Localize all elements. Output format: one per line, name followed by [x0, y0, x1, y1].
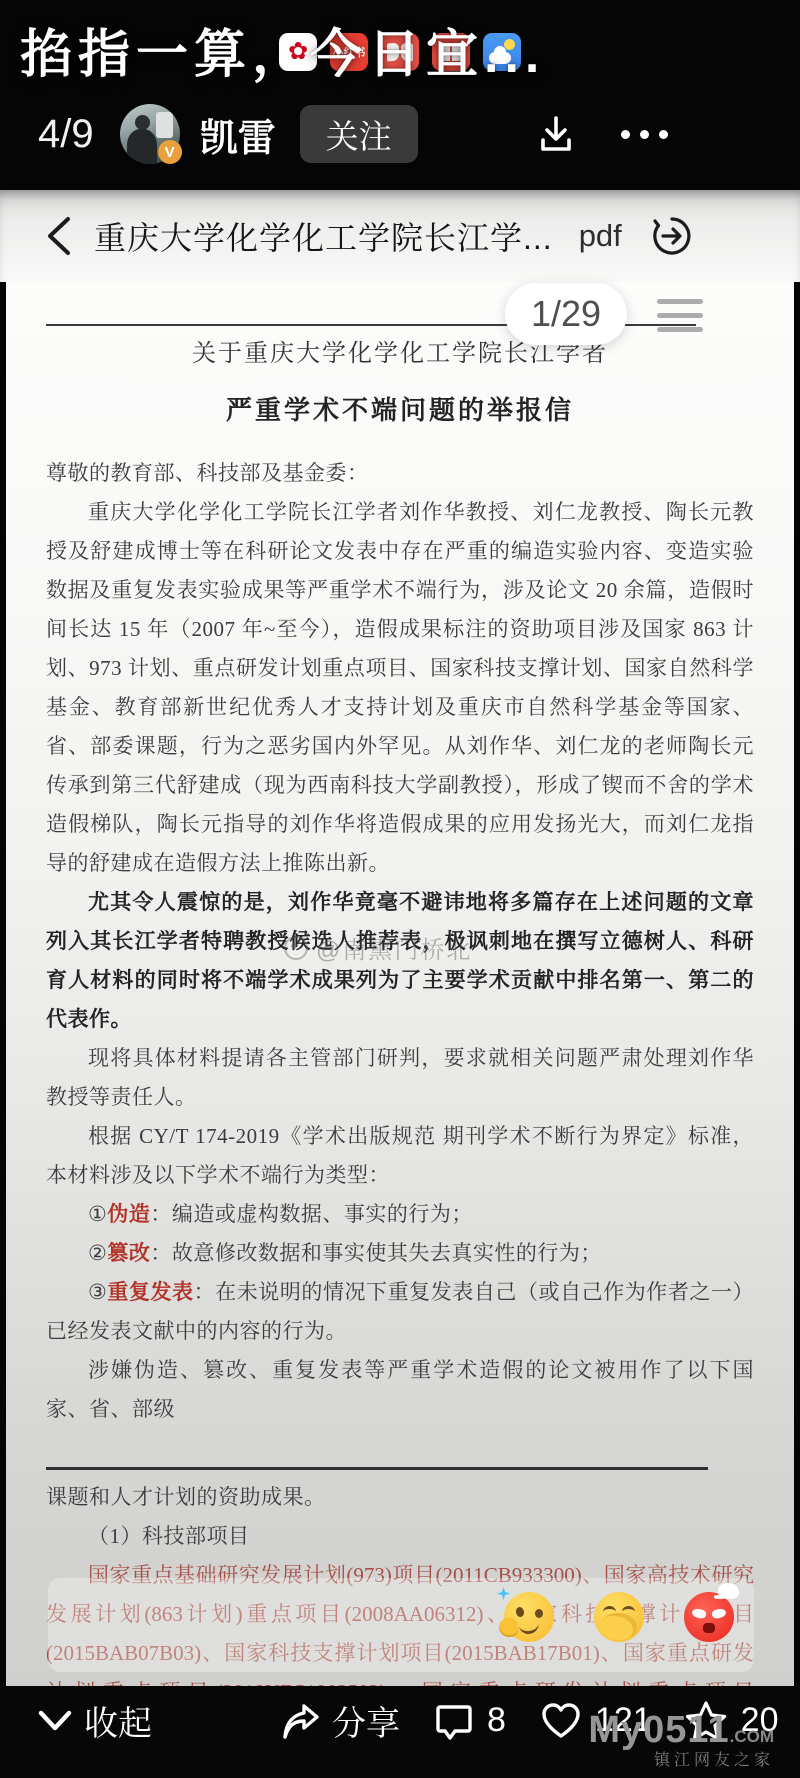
share-arrow-icon: [280, 1700, 322, 1742]
smirk-thumbs-up-emoji: [504, 1592, 554, 1642]
doc-salutation: 尊敬的教育部、科技部及基金委：: [46, 454, 754, 493]
outline-menu-icon[interactable]: [657, 299, 703, 332]
document-page-1: 关于重庆大学化学化工学院长江学者 严重学术不端问题的举报信 尊敬的教育部、科技部…: [6, 324, 794, 1429]
doc-misconduct-item-2: ②篡改：故意修改数据和事实使其失去真实性的行为；: [46, 1234, 754, 1273]
page-number-pill: 1/29: [505, 283, 627, 345]
doc-paragraph-5: 涉嫌伪造、篡改、重复发表等严重学术造假的论文被用作了以下国家、省、部级: [46, 1351, 754, 1429]
doc-heading-line2: 严重学术不端问题的举报信: [46, 394, 754, 428]
doc-misconduct-item-3: ③重复发表：在未说明的情况下重复发表自己（或自己作为作者之一）已经发表文献中的内…: [46, 1273, 754, 1351]
follow-button[interactable]: 关注: [300, 105, 418, 163]
comment-button[interactable]: 8: [434, 1701, 506, 1741]
video-caption-text: 掐指一算，今日宜...: [20, 12, 545, 87]
username[interactable]: 凯雷: [200, 107, 276, 162]
video-caption-band: [48, 1578, 754, 1672]
pdf-toolbar: 重庆大学化学化工学院长江学... pdf: [0, 190, 800, 282]
more-options-icon[interactable]: [621, 130, 668, 139]
chevron-down-icon: [36, 1708, 74, 1734]
collapse-button[interactable]: 收起: [36, 1696, 152, 1745]
export-share-icon[interactable]: [648, 212, 696, 260]
hand-over-mouth-emoji: [594, 1592, 644, 1642]
bottom-action-bar: 收起 分享 8: [0, 1686, 800, 1778]
doc-paragraph-3: 现将具体材料提请各主管部门研判，要求就相关问题严肃处理刘作华教授等责任人。: [46, 1039, 754, 1117]
creator-watermark: @南熏门桥北: [284, 930, 472, 965]
verified-badge-icon: V: [158, 140, 182, 164]
download-icon[interactable]: [533, 111, 579, 157]
doc-page2-line1: 课题和人才计划的资助成果。: [46, 1478, 754, 1517]
heart-icon: [540, 1701, 582, 1741]
site-watermark: My0511.COM 镇江网友之家: [588, 1711, 774, 1770]
doc-heading-line1: 关于重庆大学化学化工学院长江学者: [46, 338, 754, 370]
doc-paragraph-1: 重庆大学化学化工学院长江学者刘作华教授、刘仁龙教授、陶长元教授及舒建成博士等在科…: [46, 493, 754, 883]
share-button[interactable]: 分享: [280, 1696, 400, 1745]
doc-paragraph-4: 根据 CY/T 174-2019《学术出版规范 期刊学术不断行为界定》标准，本材…: [46, 1117, 754, 1195]
comment-bubble-icon: [434, 1701, 474, 1741]
angry-devil-emoji: [684, 1592, 734, 1642]
page2-top-rule: [46, 1467, 708, 1470]
pdf-doc-title: 重庆大学化学化工学院长江学...: [94, 213, 553, 259]
phone-screen: ✿ 小红书 4/9 V 凯雷 关注: [0, 0, 800, 1778]
media-index: 4/9: [38, 112, 94, 157]
doc-page2-line2: （1）科技部项目: [46, 1517, 754, 1556]
pdf-page-view[interactable]: 关于重庆大学化学化工学院长江学者 严重学术不端问题的举报信 尊敬的教育部、科技部…: [6, 282, 794, 1686]
back-icon[interactable]: [44, 213, 72, 259]
weibo-eye-icon: [284, 936, 308, 960]
file-type-badge: pdf: [579, 218, 622, 254]
doc-misconduct-item-1: ①伪造：编造或虚构数据、事实的行为；: [46, 1195, 754, 1234]
viewer-header: 4/9 V 凯雷 关注: [0, 100, 800, 168]
